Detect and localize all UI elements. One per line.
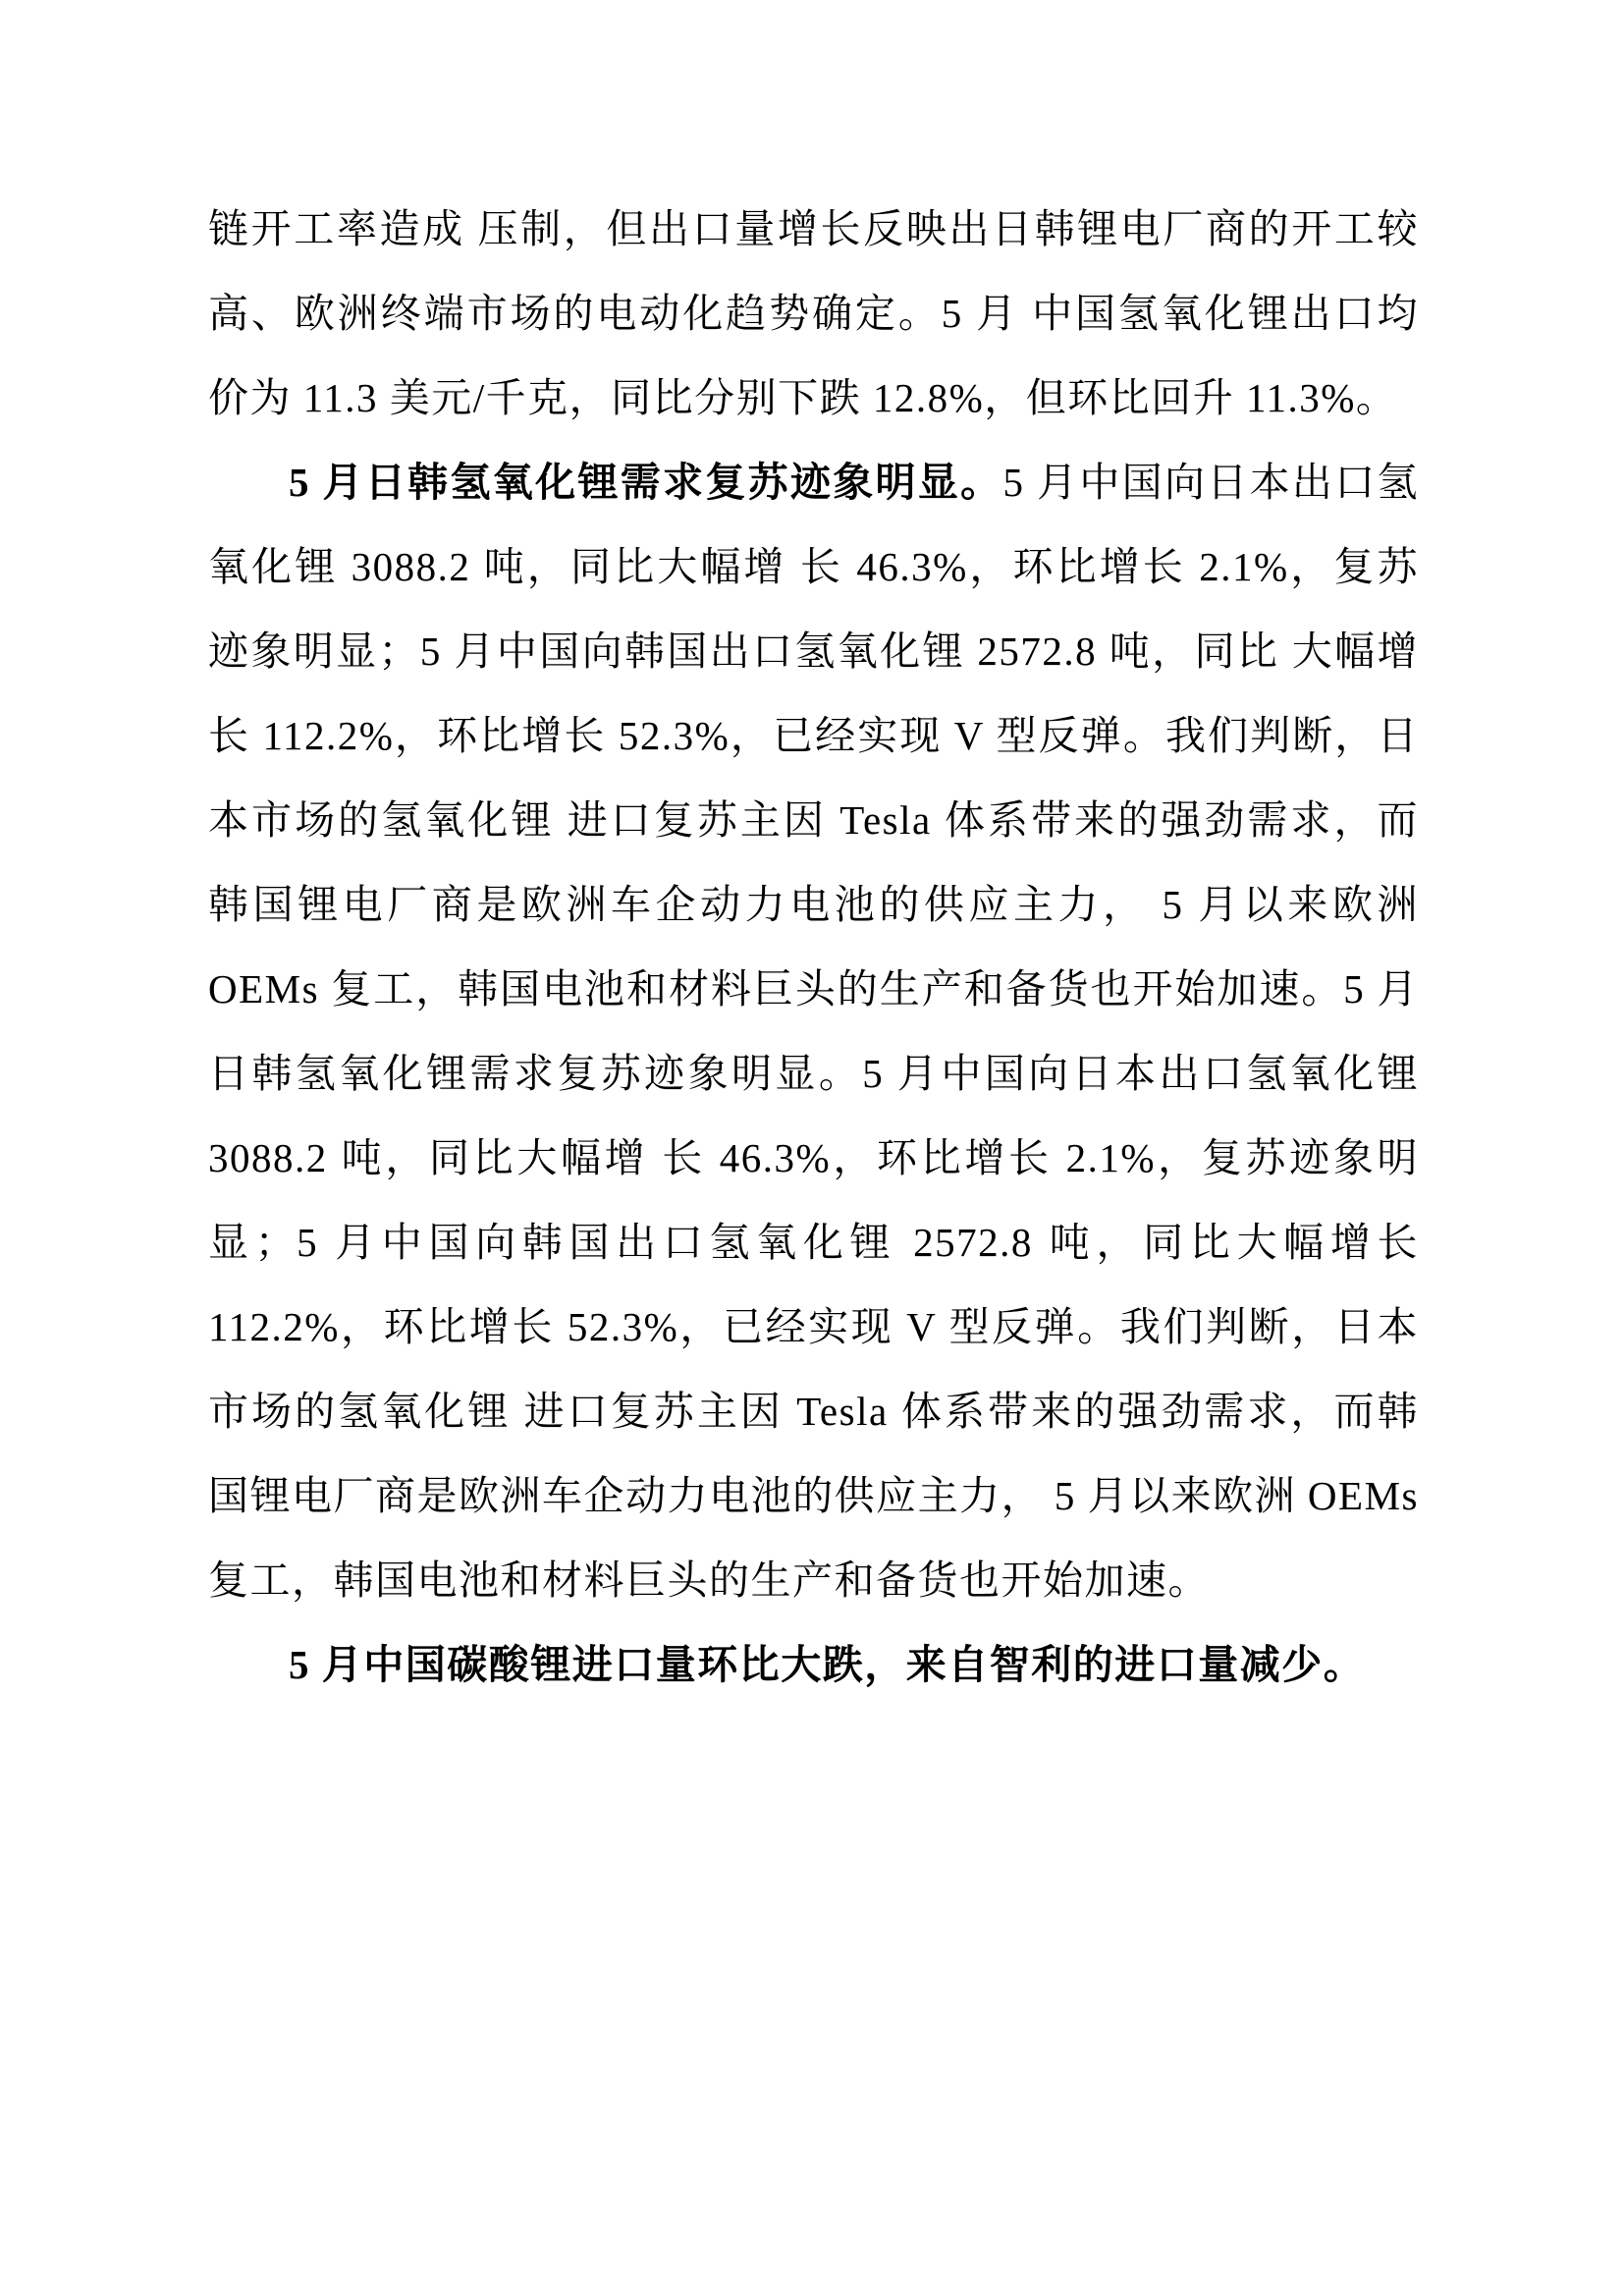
paragraph-japan-korea-demand: 5 月日韩氢氧化锂需求复苏迹象明显。5 月中国向日本出口氢氧化锂 3088.2 …: [208, 440, 1419, 1622]
paragraph-text: 链开工率造成 压制，但出口量增长反映出日韩锂电厂商的开工较高、欧洲终端市场的电动…: [208, 206, 1419, 420]
paragraph-lead-bold-text: 5 月日韩氢氧化锂需求复苏迹象明显。: [289, 460, 1002, 505]
paragraph-bold-text: 5 月中国碳酸锂进口量环比大跌，来自智利的进口量减少。: [289, 1642, 1365, 1687]
paragraph-body-text: 5 月中国向日本出口氢氧化锂 3088.2 吨，同比大幅增 长 46.3%，环比…: [208, 460, 1419, 1603]
paragraph-carbonate-imports: 5 月中国碳酸锂进口量环比大跌，来自智利的进口量减少。: [208, 1622, 1419, 1707]
document-body: 链开工率造成 压制，但出口量增长反映出日韩锂电厂商的开工较高、欧洲终端市场的电动…: [208, 187, 1419, 1707]
paragraph-export-price: 链开工率造成 压制，但出口量增长反映出日韩锂电厂商的开工较高、欧洲终端市场的电动…: [208, 187, 1419, 440]
document-page: 链开工率造成 压制，但出口量增长反映出日韩锂电厂商的开工较高、欧洲终端市场的电动…: [0, 0, 1623, 2296]
